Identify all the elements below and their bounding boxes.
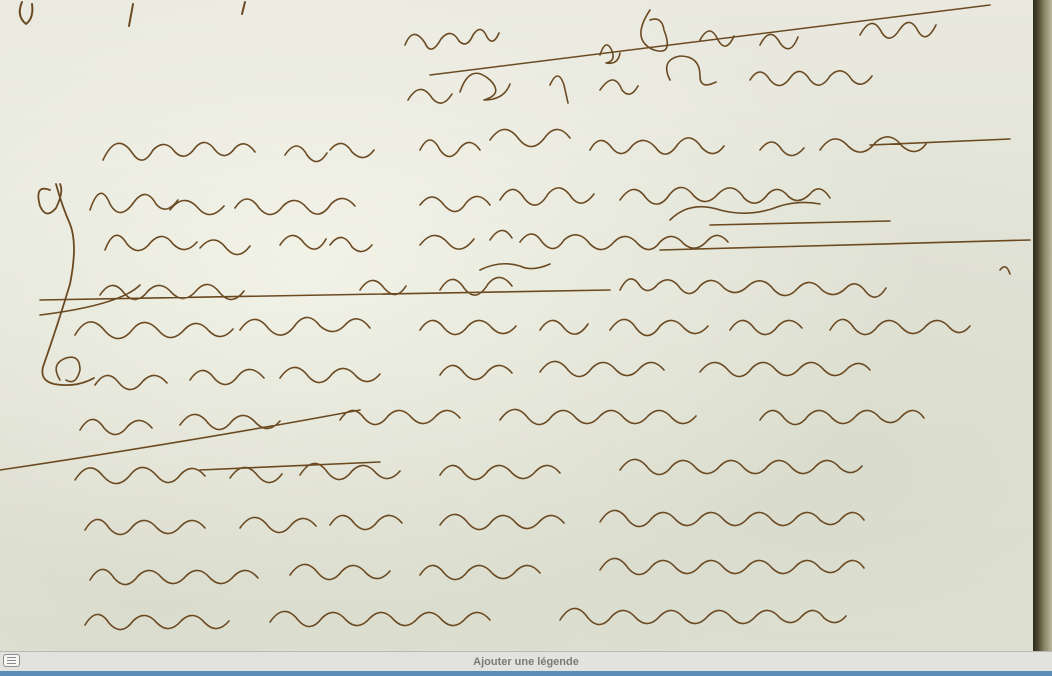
hamburger-menu-icon[interactable] [3, 654, 20, 667]
manuscript-page [0, 0, 1036, 651]
add-caption-placeholder[interactable]: Ajouter une légende [473, 656, 579, 668]
accent-bar [0, 671, 1052, 676]
caption-bar[interactable]: Ajouter une légende [0, 651, 1052, 672]
handwriting-ink [0, 0, 1036, 651]
menu-line [7, 657, 16, 658]
image-viewer[interactable] [0, 0, 1052, 651]
page-binding-edge [1033, 0, 1052, 651]
menu-line [7, 660, 16, 661]
menu-line [7, 663, 16, 664]
